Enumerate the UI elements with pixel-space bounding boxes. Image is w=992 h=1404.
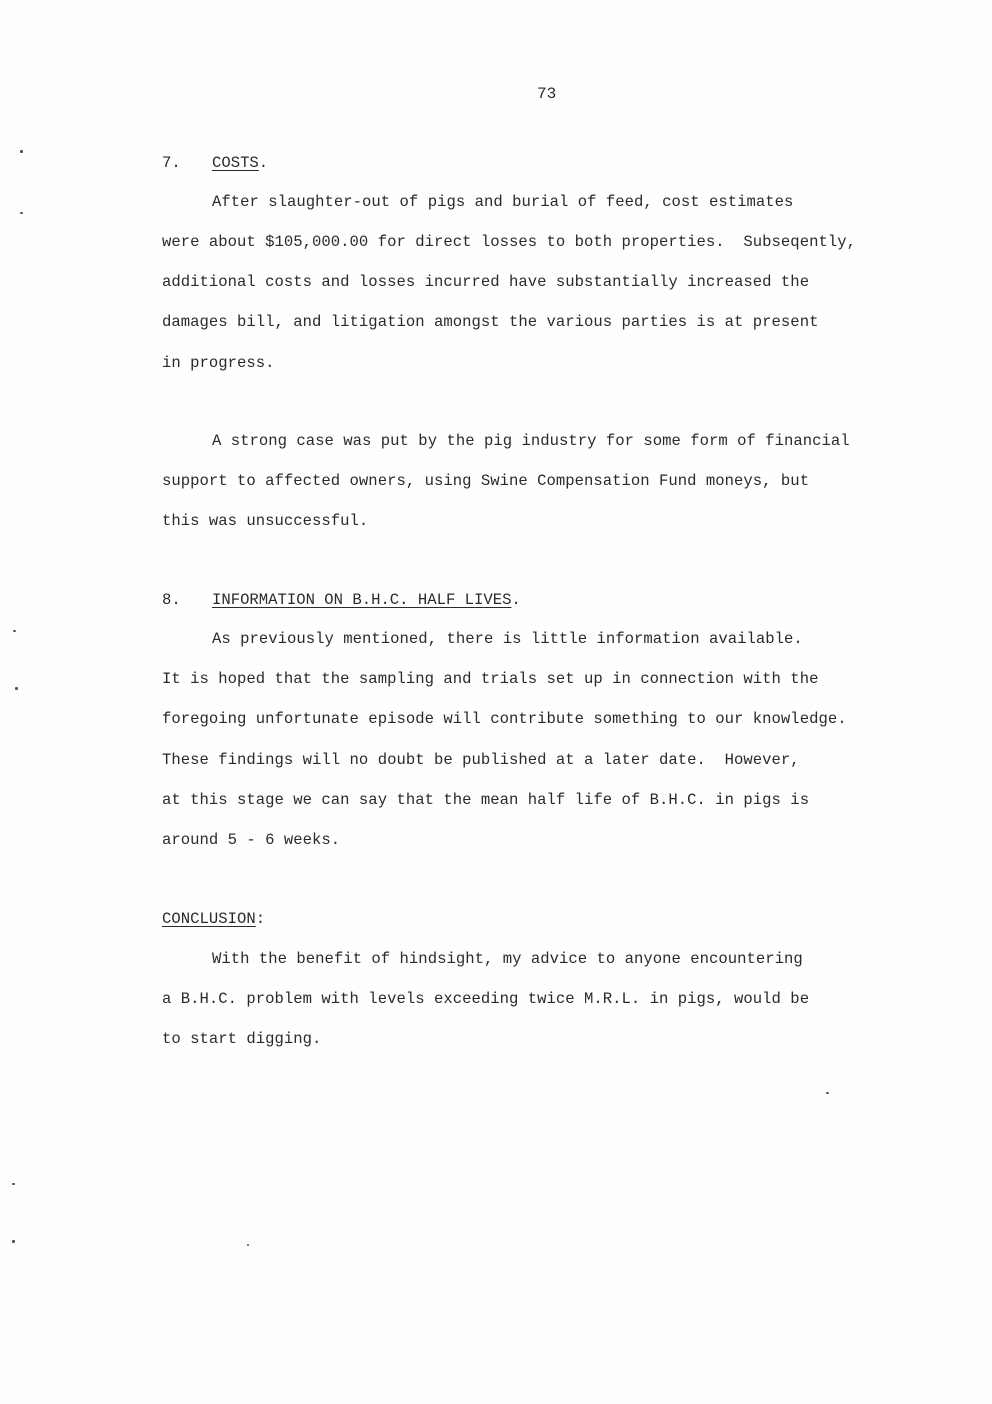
paragraph-line: These findings will no doubt be publishe… bbox=[162, 751, 800, 769]
scan-speck bbox=[13, 630, 16, 632]
paragraph-line: a B.H.C. problem with levels exceeding t… bbox=[162, 990, 809, 1008]
scan-speck bbox=[20, 150, 23, 153]
paragraph-line: this was unsuccessful. bbox=[162, 512, 368, 530]
scan-speck bbox=[12, 1183, 15, 1185]
paragraph-line: support to affected owners, using Swine … bbox=[162, 472, 809, 490]
paragraph-line: A strong case was put by the pig industr… bbox=[212, 432, 850, 450]
document-page: 73 7. COSTS. After slaughter-out of pigs… bbox=[0, 0, 992, 1404]
section-title: COSTS bbox=[212, 154, 259, 172]
scan-speck bbox=[15, 687, 18, 690]
paragraph-line: After slaughter-out of pigs and burial o… bbox=[212, 193, 793, 211]
scan-speck bbox=[826, 1092, 829, 1094]
section-title: CONCLUSION bbox=[162, 910, 256, 928]
section-title-punct: . bbox=[259, 154, 268, 172]
section-number: 7. bbox=[162, 154, 181, 172]
section-heading: INFORMATION ON B.H.C. HALF LIVES. bbox=[212, 591, 521, 609]
section-number: 8. bbox=[162, 591, 181, 609]
scan-speck bbox=[20, 212, 23, 214]
section-title-punct: . bbox=[511, 591, 520, 609]
paragraph-line: As previously mentioned, there is little… bbox=[212, 630, 803, 648]
paragraph-line: With the benefit of hindsight, my advice… bbox=[212, 950, 803, 968]
paragraph-line: at this stage we can say that the mean h… bbox=[162, 791, 809, 809]
paragraph-line: damages bill, and litigation amongst the… bbox=[162, 313, 818, 331]
paragraph-line: were about $105,000.00 for direct losses… bbox=[162, 233, 856, 251]
section-heading: CONCLUSION: bbox=[162, 910, 265, 928]
paragraph-line: foregoing unfortunate episode will contr… bbox=[162, 710, 847, 728]
scan-speck bbox=[12, 1240, 15, 1243]
scan-speck bbox=[247, 1244, 249, 1246]
paragraph-line: additional costs and losses incurred hav… bbox=[162, 273, 809, 291]
section-title-punct: : bbox=[256, 910, 265, 928]
paragraph-line: It is hoped that the sampling and trials… bbox=[162, 670, 818, 688]
page-number: 73 bbox=[537, 85, 556, 103]
section-heading: COSTS. bbox=[212, 154, 268, 172]
paragraph-line: in progress. bbox=[162, 354, 275, 372]
paragraph-line: to start digging. bbox=[162, 1030, 321, 1048]
paragraph-line: around 5 - 6 weeks. bbox=[162, 831, 340, 849]
section-title: INFORMATION ON B.H.C. HALF LIVES bbox=[212, 591, 511, 609]
